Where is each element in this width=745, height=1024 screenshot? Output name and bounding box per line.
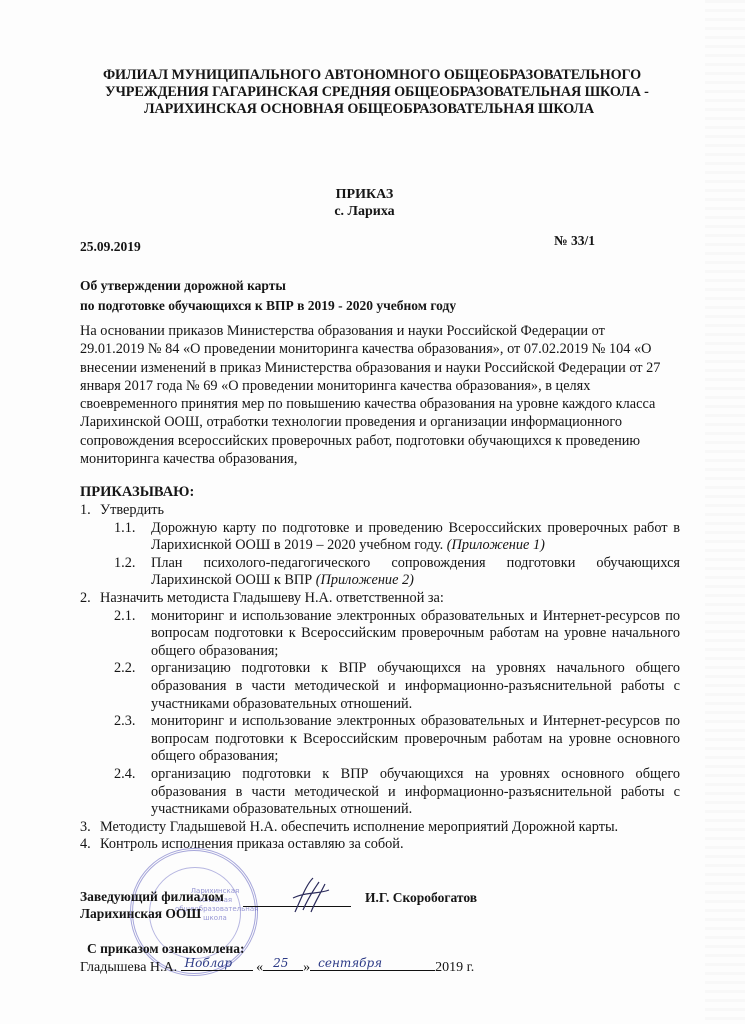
item-number: 4. <box>80 836 91 854</box>
document-place: с. Лариха <box>0 204 737 220</box>
preamble-line: своевременного принятия мер по повышению… <box>80 395 690 413</box>
quote-open: « <box>256 960 263 975</box>
document-page: ФИЛИАЛ МУНИЦИПАЛЬНОГО АВТОНОМНОГО ОБЩЕОБ… <box>0 0 745 1024</box>
org-line-2: УЧРЕЖДЕНИЯ ГАГАРИНСКАЯ СРЕДНЯЯ ОБЩЕОБРАЗ… <box>74 84 680 101</box>
month-field: сентября <box>310 957 435 971</box>
item-number: 2. <box>80 590 91 608</box>
order-item-1: 1. Утвердить <box>80 502 680 520</box>
organization-header: ФИЛИАЛ МУНИЦИПАЛЬНОГО АВТОНОМНОГО ОБЩЕОБ… <box>70 67 680 118</box>
preamble: На основании приказов Министерства образ… <box>80 322 690 468</box>
item-number: 3. <box>80 819 91 837</box>
quote-close: » <box>303 960 310 975</box>
org-line-3: ЛАРИХИНСКАЯ ОСНОВНАЯ ОБЩЕОБРАЗОВАТЕЛЬНАЯ… <box>58 101 680 118</box>
order-item-1-2: 1.2. План психолого-педагогического сопр… <box>80 555 680 590</box>
item-text: Дорожную карту по подготовке и проведени… <box>151 520 680 554</box>
handwritten-day: 25 <box>273 956 288 970</box>
item-number: 2.2. <box>114 660 135 678</box>
subject-line-2: по подготовке обучающихся к ВПР в 2019 -… <box>80 296 456 316</box>
item-text: организацию подготовки к ВПР обучающихся… <box>151 766 680 819</box>
position-line-1: Заведующий филиалом <box>80 888 224 905</box>
day-field: 25 <box>263 957 303 971</box>
item-text: Утвердить <box>100 502 164 518</box>
handwritten-signature: Ноблар <box>185 956 233 970</box>
preamble-line: На основании приказов Министерства образ… <box>80 322 690 340</box>
item-number: 2.3. <box>114 713 135 731</box>
item-number: 2.4. <box>114 766 135 784</box>
preamble-line: Ларихинской ООШ, отработки технологии пр… <box>80 413 690 431</box>
item-number: 1.2. <box>114 555 135 573</box>
document-number: № 33/1 <box>554 233 595 249</box>
item-text: План психолого-педагогического сопровожд… <box>151 555 680 589</box>
item-text: мониторинг и использование электронных о… <box>151 608 680 661</box>
item-text: Методисту Гладышевой Н.А. обеспечить исп… <box>100 819 618 835</box>
item-text: организацию подготовки к ВПР обучающихся… <box>151 660 680 713</box>
preamble-line: мониторинга качества образования, <box>80 450 690 468</box>
order-item-2: 2. Назначить методиста Гладышеву Н.А. от… <box>80 590 680 608</box>
order-item-3: 3. Методисту Гладышевой Н.А. обеспечить … <box>80 819 680 837</box>
order-heading: ПРИКАЗЫВАЮ: <box>80 484 194 501</box>
order-item-2-3: 2.3. мониторинг и использование электрон… <box>80 713 680 766</box>
document-subject: Об утверждении дорожной карты по подгото… <box>80 276 456 316</box>
handwritten-signature-icon <box>285 874 345 916</box>
ack-year: 2019 г. <box>435 960 474 975</box>
document-title: ПРИКАЗ <box>0 187 737 203</box>
preamble-line: 29.01.2019 № 84 «О проведении мониторинг… <box>80 340 690 358</box>
appendix-note: (Приложение 2) <box>316 572 414 588</box>
acknowledgement-line: Гладышева Н.А. Ноблар «25»сентября2019 г… <box>80 957 474 976</box>
preamble-line: внесении изменений в приказ Министерства… <box>80 359 690 377</box>
position-line-2: Ларихинская ООШ <box>80 905 224 922</box>
document-date: 25.09.2019 <box>80 239 141 255</box>
order-item-4: 4. Контроль исполнения приказа оставляю … <box>80 836 680 854</box>
signer-name: И.Г. Скоробогатов <box>365 890 477 906</box>
order-item-2-4: 2.4. организацию подготовки к ВПР обучаю… <box>80 766 680 819</box>
item-number: 2.1. <box>114 608 135 626</box>
order-item-2-2: 2.2. организацию подготовки к ВПР обучаю… <box>80 660 680 713</box>
acknowledger-signature-field: Ноблар <box>181 957 253 971</box>
preamble-line: января 2017 года № 69 «О проведении мони… <box>80 377 690 395</box>
preamble-line: сопровождения всероссийских проверочных … <box>80 432 690 450</box>
item-number: 1. <box>80 502 91 520</box>
item-number: 1.1. <box>114 520 135 538</box>
order-items: 1. Утвердить 1.1. Дорожную карту по подг… <box>80 502 680 854</box>
item-text: мониторинг и использование электронных о… <box>151 713 680 766</box>
subject-line-1: Об утверждении дорожной карты <box>80 276 456 296</box>
order-item-1-1: 1.1. Дорожную карту по подготовке и пров… <box>80 520 680 555</box>
scan-noise <box>705 0 745 1024</box>
item-text: Контроль исполнения приказа оставляю за … <box>100 836 404 852</box>
org-line-1: ФИЛИАЛ МУНИЦИПАЛЬНОГО АВТОНОМНОГО ОБЩЕОБ… <box>64 67 680 84</box>
order-item-2-1: 2.1. мониторинг и использование электрон… <box>80 608 680 661</box>
item-text: Назначить методиста Гладышеву Н.А. ответ… <box>100 590 444 606</box>
appendix-note: (Приложение 1) <box>447 537 545 553</box>
acknowledgement-label: С приказом ознакомлена: <box>87 941 245 957</box>
signatory-position: Заведующий филиалом Ларихинская ООШ <box>80 888 224 922</box>
acknowledger-name: Гладышева Н.А. <box>80 960 177 975</box>
handwritten-month: сентября <box>318 956 382 970</box>
